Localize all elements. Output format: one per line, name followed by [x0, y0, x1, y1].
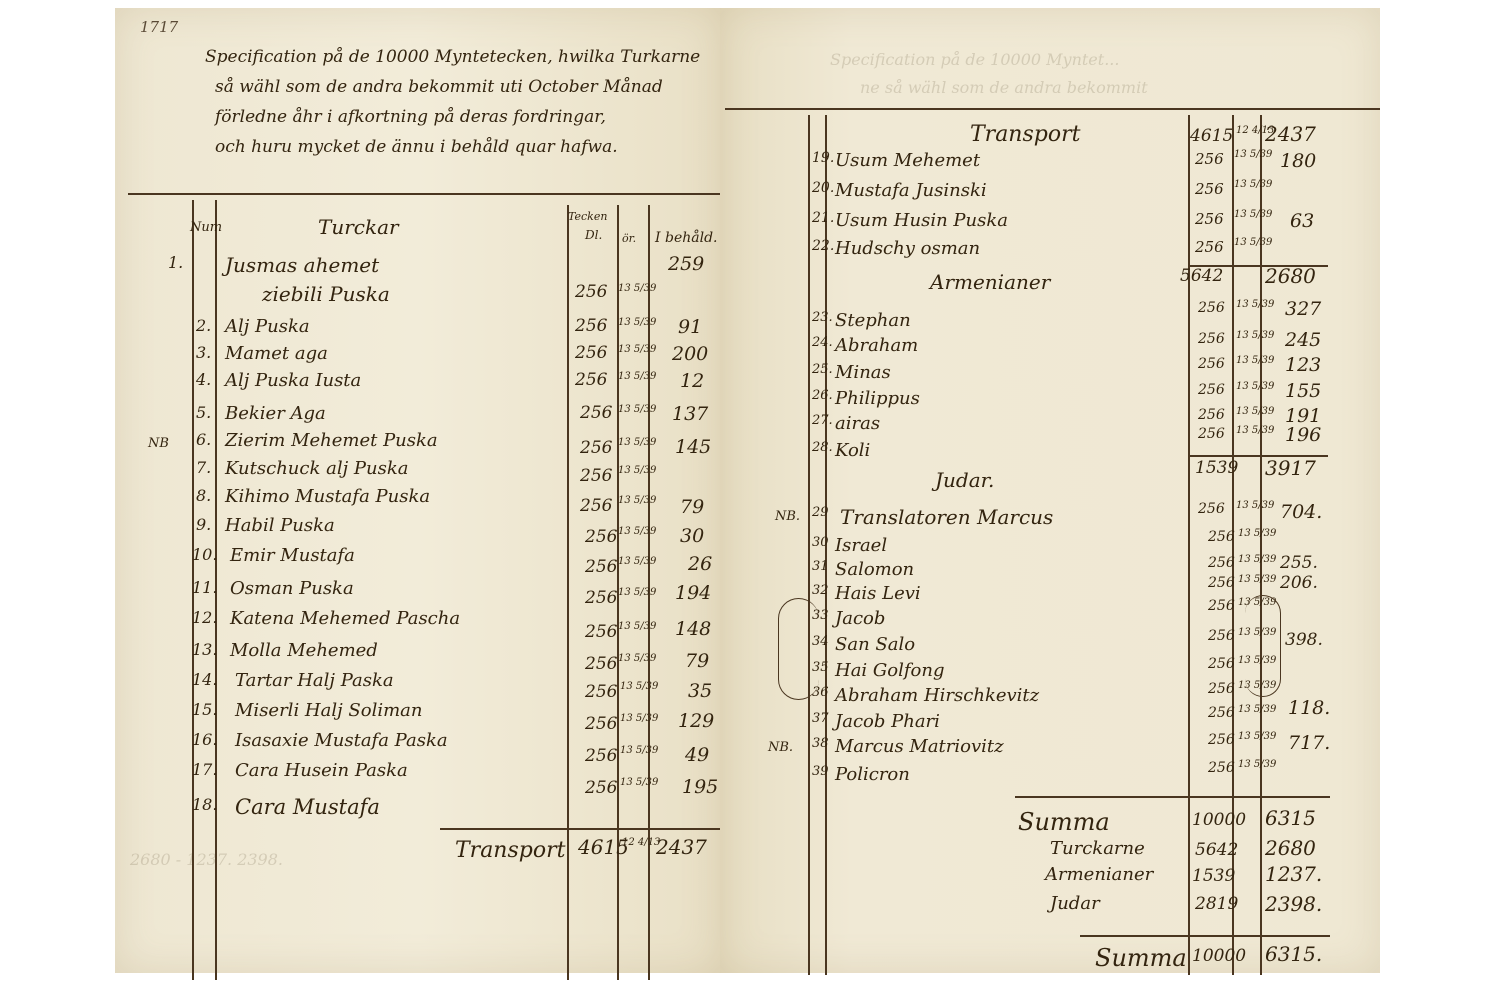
row-tokens: 256 [585, 588, 617, 608]
header-rule [725, 108, 1380, 110]
row-balance: 30 [680, 525, 704, 547]
summary-armenians-label: Armenianer [1045, 864, 1153, 885]
row-number: 8. [196, 486, 211, 505]
row-name: Zierim Mehemet Puska [225, 430, 438, 451]
transport-label: Transport [970, 122, 1080, 147]
row-tokens: 256 [1208, 732, 1235, 748]
row-balance: 123 [1285, 354, 1321, 376]
transport-tokens: 4615 [1190, 126, 1233, 146]
row-name: Alj Puska [225, 316, 310, 337]
row-number: 24. [812, 335, 833, 350]
row-number: 28. [812, 440, 833, 455]
row-tokens: 256 [1208, 529, 1235, 545]
row-ore: 13 5/39 [618, 405, 656, 414]
row-ore: 13 5/39 [1238, 575, 1276, 584]
row-balance: 148 [675, 618, 711, 640]
nb-margin-note: NB [148, 436, 169, 451]
bleed-through-text: Specification på de 10000 Myntet... [830, 50, 1119, 69]
summa-tokens: 10000 [1192, 810, 1246, 830]
row-ore: 13 5/39 [618, 588, 656, 597]
row-number: 10. [192, 545, 217, 564]
row-ore: 13 5/39 [1236, 382, 1274, 391]
row-name: Mamet aga [225, 343, 328, 364]
row-name: Stephan [835, 310, 911, 331]
row-tokens: 256 [1208, 705, 1235, 721]
row-ore: 13 5/39 [1238, 555, 1276, 564]
row-ore: 13 5/39 [618, 622, 656, 631]
row-ore: 13 5/39 [618, 284, 656, 293]
row-name: Minas [835, 362, 891, 383]
row-name: Kutschuck alj Puska [225, 458, 408, 479]
row-balance: 137 [672, 403, 708, 425]
col-header-names: Turckar [318, 215, 399, 239]
final-summa-label: Summa [1095, 944, 1187, 972]
row-tokens: 256 [1208, 681, 1235, 697]
row-name: Translatoren Marcus [840, 505, 1053, 529]
heading-line: Specification på de 10000 Myntetecken, h… [205, 42, 725, 72]
year-note: 1717 [140, 18, 178, 36]
row-tokens: 256 [585, 778, 617, 798]
row-balance: 398. [1285, 630, 1323, 650]
col-header-tokens-sub: Dl. [585, 228, 602, 242]
row-ore: 13 5/39 [1234, 150, 1272, 159]
row-balance: 195 [682, 776, 718, 798]
row-tokens: 256 [1195, 210, 1224, 228]
row-balance: 194 [675, 582, 711, 604]
row-balance: 206. [1280, 573, 1318, 593]
row-ore: 13 5/39 [618, 527, 656, 536]
summary-jews-label: Judar [1050, 893, 1100, 914]
row-name: Alj Puska Iusta [225, 370, 361, 391]
row-tokens: 256 [585, 654, 617, 674]
row-balance: 35 [688, 680, 712, 702]
row-number: 6. [196, 430, 211, 449]
row-tokens: 256 [580, 403, 612, 423]
row-number: 32 [812, 583, 829, 598]
nb-margin-note: NB. [768, 740, 793, 755]
row-ore: 13 5/39 [1236, 331, 1274, 340]
row-balance: 327 [1285, 298, 1321, 320]
row-ore: 13 5/39 [618, 557, 656, 566]
column-rule [567, 205, 569, 980]
row-balance: 196 [1285, 424, 1321, 446]
row-name: Israel [835, 535, 887, 556]
row-number: 20. [812, 180, 834, 196]
row-name: Koli [835, 440, 870, 461]
row-balance: 255. [1280, 553, 1318, 573]
col-header-tokens: Tecken [568, 210, 607, 223]
row-ore: 13 5/39 [1236, 300, 1274, 309]
row-tokens: 256 [1195, 238, 1224, 256]
row-name: Katena Mehemed Pascha [230, 608, 460, 629]
row-number: 27. [812, 413, 833, 428]
row-tokens: 256 [1198, 356, 1225, 372]
row-name: Abraham [835, 335, 918, 356]
row-number: 4. [196, 370, 211, 389]
summary-armenians-tokens: 1539 [1192, 866, 1235, 886]
row-tokens: 256 [1198, 501, 1225, 517]
row-ore: 13 5/39 [618, 466, 656, 475]
row-tokens: 256 [585, 746, 617, 766]
col-header-ore: ör. [622, 232, 636, 245]
row-name: Mustafa Jusinski [835, 180, 987, 201]
row-ore: 13 5/39 [620, 778, 658, 787]
summa-rule [1015, 796, 1330, 798]
summary-armenians-balance: 1237. [1265, 862, 1322, 886]
row-tokens: 256 [1208, 628, 1235, 644]
row-tokens: 256 [1195, 150, 1224, 168]
row-tokens: 256 [1208, 656, 1235, 672]
row-name: Isasaxie Mustafa Paska [235, 730, 448, 751]
bleed-through-text: 2680 - 1237. 2398. [130, 850, 283, 869]
row-balance: 145 [675, 436, 711, 458]
row-name: Hudschy osman [835, 238, 980, 259]
nb-margin-note: NB. [775, 509, 800, 524]
row-balance: 180 [1280, 150, 1316, 172]
row-number: 11. [192, 578, 217, 597]
row-name: Abraham Hirschkevitz [835, 685, 1039, 706]
row-name: San Salo [835, 634, 915, 655]
row-name: Kihimo Mustafa Puska [225, 486, 430, 507]
row-balance: 12 [680, 370, 704, 392]
row-ore: 13 5/39 [1236, 356, 1274, 365]
row-tokens: 256 [1198, 331, 1225, 347]
row-number: 22. [812, 238, 834, 254]
row-tokens: 256 [1208, 598, 1235, 614]
row-tokens: 256 [1198, 407, 1225, 423]
row-number: 15. [192, 700, 217, 719]
row-tokens: 256 [575, 316, 607, 336]
row-tokens: 256 [575, 343, 607, 363]
row-balance: 155 [1285, 380, 1321, 402]
row-number: 16. [192, 730, 217, 749]
row-number: 25. [812, 362, 833, 377]
row-tokens: 256 [1198, 382, 1225, 398]
row-ore: 13 5/39 [1234, 210, 1272, 219]
row-tokens: 256 [575, 370, 607, 390]
row-tokens: 256 [585, 682, 617, 702]
transport-ore: 12 4/13 [622, 838, 660, 847]
row-number: 30 [812, 535, 829, 550]
row-number: 13. [192, 640, 217, 659]
row-balance: 49 [685, 744, 709, 766]
row-balance: 259 [668, 253, 704, 275]
summary-turks-label: Turckarne [1050, 838, 1145, 859]
row-name: Policron [835, 764, 910, 785]
row-balance: 91 [678, 316, 702, 338]
row-number: 5. [196, 403, 211, 422]
row-tokens: 256 [580, 496, 612, 516]
row-number: 12. [192, 608, 217, 627]
column-rule [1188, 115, 1190, 975]
summary-turks-balance: 2680 [1265, 836, 1316, 860]
row-tokens: 256 [580, 466, 612, 486]
row-name: Hais Levi [835, 583, 921, 604]
row-name: Molla Mehemed [230, 640, 378, 661]
row-number: 38 [812, 736, 829, 751]
section-title-armenians: Armenianer [930, 270, 1050, 294]
col-header-num: Num [190, 220, 222, 235]
summa-balance: 6315 [1265, 806, 1316, 830]
bleed-through-text: ne så wähl som de andra bekommit [860, 78, 1148, 97]
row-name: Jacob [835, 608, 885, 629]
row-number: 21. [812, 210, 834, 226]
row-ore: 13 5/39 [1236, 426, 1274, 435]
row-name: Osman Puska [230, 578, 354, 599]
row-name: Jusmas ahemet [225, 253, 379, 277]
row-ore: 13 5/39 [1234, 180, 1272, 189]
row-tokens: 256 [1208, 575, 1235, 591]
row-ore: 13 5/39 [1236, 501, 1274, 510]
row-number: 17. [192, 760, 217, 779]
row-name: Salomon [835, 559, 914, 580]
document-heading: Specification på de 10000 Myntetecken, h… [205, 42, 725, 162]
row-balance: 717. [1288, 732, 1330, 754]
row-balance: 79 [685, 650, 709, 672]
row-tokens: 256 [585, 714, 617, 734]
row-ore: 13 5/39 [620, 746, 658, 755]
row-balance: 26 [688, 553, 712, 575]
row-name: Jacob Phari [835, 711, 940, 732]
row-name: Habil Puska [225, 515, 335, 536]
column-rule [808, 115, 810, 975]
row-name: Emir Mustafa [230, 545, 355, 566]
right-brace-grouping [1245, 595, 1281, 697]
summa-label: Summa [1018, 808, 1110, 836]
row-number: 9. [196, 515, 211, 534]
row-number: 19. [812, 150, 834, 166]
row-name: airas [835, 413, 880, 434]
summary-turks-tokens: 5642 [1195, 840, 1238, 860]
heading-line: och huru mycket de ännu i behåld quar ha… [205, 132, 725, 162]
section-title-jews: Judar. [935, 468, 994, 492]
row-ore: 13 5/39 [1236, 407, 1274, 416]
row-name: Usum Mehemet [835, 150, 980, 171]
row-ore: 13 5/39 [620, 714, 658, 723]
row-name: Miserli Halj Soliman [235, 700, 422, 721]
transport-balance: 2437 [1265, 122, 1316, 146]
row-number: 2. [196, 316, 211, 335]
turks-subtotal-tokens: 5642 [1180, 266, 1223, 286]
heading-line: förledne åhr i afkortning på deras fordr… [205, 102, 725, 132]
row-ore: 13 5/39 [1238, 760, 1276, 769]
row-name: Philippus [835, 388, 920, 409]
row-balance: 129 [678, 710, 714, 732]
row-ore: 13 5/39 [1238, 732, 1276, 741]
armenians-subtotal-balance: 3917 [1265, 456, 1316, 480]
turks-subtotal-balance: 2680 [1265, 264, 1316, 288]
row-tokens: 256 [585, 527, 617, 547]
row-name: Hai Golfong [835, 660, 945, 681]
row-ore: 13 5/39 [618, 372, 656, 381]
row-balance: 704. [1280, 501, 1322, 523]
row-name: Cara Mustafa [235, 795, 380, 819]
final-summa-rule [1080, 935, 1330, 937]
row-ore: 13 5/39 [620, 682, 658, 691]
header-rule [128, 193, 720, 195]
row-number: 7. [196, 458, 211, 477]
row-number: 39 [812, 764, 829, 779]
row-ore: 13 5/39 [1234, 238, 1272, 247]
row-number: 29 [812, 505, 829, 520]
row-name: Cara Husein Paska [235, 760, 408, 781]
summary-jews-balance: 2398. [1265, 892, 1322, 916]
row-tokens: 256 [1198, 426, 1225, 442]
row-balance: 245 [1285, 329, 1321, 351]
row-number: 26. [812, 388, 833, 403]
transport-balance: 2437 [656, 835, 707, 859]
row-ore: 13 5/39 [1238, 705, 1276, 714]
row-name: Bekier Aga [225, 403, 326, 424]
row-name: Marcus Matriovitz [835, 736, 1004, 757]
row-number: 1. [168, 253, 208, 272]
row-balance: 118. [1288, 697, 1330, 719]
row-ore: 13 5/39 [618, 438, 656, 447]
row-tokens: 256 [1208, 555, 1235, 571]
summary-jews-tokens: 2819 [1195, 894, 1238, 914]
row-ore: 13 5/39 [618, 654, 656, 663]
heading-line: så wähl som de andra bekommit uti Octobe… [205, 72, 725, 102]
row-number: 37 [812, 711, 829, 726]
row-number: 18. [192, 795, 217, 814]
col-header-balance: I behåld. [655, 230, 717, 246]
row-number: 31 [812, 559, 829, 574]
row-tokens: 256 [1208, 760, 1235, 776]
row-tokens: 256 [585, 622, 617, 642]
row-ore: 13 5/39 [618, 496, 656, 505]
row-tokens: 256 [575, 282, 607, 302]
row-balance: 200 [672, 343, 708, 365]
armenians-subtotal-tokens: 1539 [1195, 458, 1238, 478]
row-balance: 79 [680, 496, 704, 518]
final-summa-tokens: 10000 [1192, 946, 1246, 966]
row-tokens: 256 [585, 557, 617, 577]
row-number: 3. [196, 343, 211, 362]
transport-label: Transport [455, 838, 565, 863]
row-name: ziebili Puska [262, 282, 390, 306]
row-name: Tartar Halj Paska [235, 670, 394, 691]
row-name: Usum Husin Puska [835, 210, 1008, 231]
row-balance: 63 [1290, 210, 1314, 232]
row-ore: 13 5/39 [618, 318, 656, 327]
final-summa-balance: 6315. [1265, 942, 1322, 966]
transport-rule [440, 828, 720, 830]
left-brace-grouping [778, 598, 819, 700]
row-ore: 13 5/39 [1238, 529, 1276, 538]
row-number: 14. [192, 670, 217, 689]
row-ore: 13 5/39 [618, 345, 656, 354]
row-tokens: 256 [1198, 300, 1225, 316]
row-tokens: 256 [580, 438, 612, 458]
row-tokens: 256 [1195, 180, 1224, 198]
row-number: 23. [812, 310, 833, 325]
